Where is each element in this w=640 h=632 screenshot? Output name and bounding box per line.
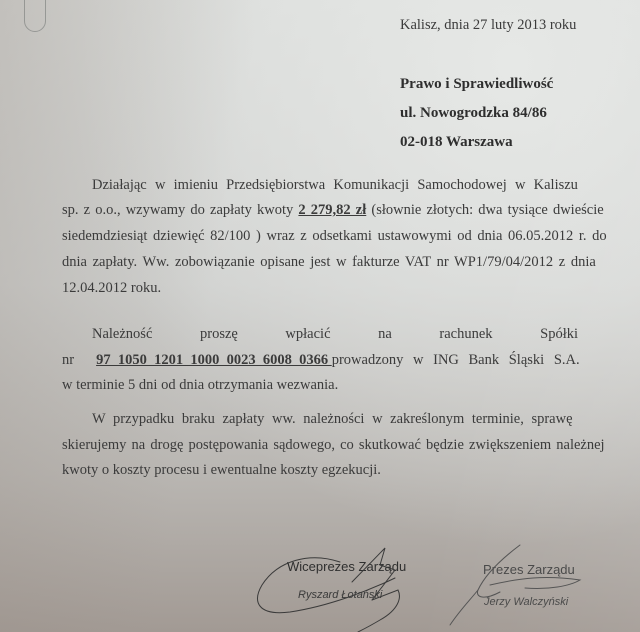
word: Komunikacji <box>333 178 409 193</box>
paragraph3-line1: W przypadku braku zapłaty ww. należności… <box>62 412 578 427</box>
bank-account-number: 97 1050 1201 1000 0023 6008 0366 <box>96 353 332 368</box>
president-signature-icon <box>450 545 580 625</box>
handwritten-signatures <box>0 0 640 632</box>
paragraph1-line3: siedemdziesiąt dziewięć 82/100 ) wraz z … <box>62 229 578 244</box>
paragraph2-line1: Należność proszę wpłacić na rachunek Spó… <box>62 327 578 342</box>
word: Należność <box>92 327 152 342</box>
word: proszę <box>200 327 238 342</box>
amount-due: 2 279,82 zł <box>298 203 366 218</box>
word: Spółki <box>540 327 578 342</box>
word: w <box>515 178 525 193</box>
text-segment: (słownie złotych: dwa tysiące dwieście <box>366 203 603 218</box>
recipient-street: ul. Nowogrodzka 84/86 <box>400 106 547 121</box>
word: imieniu <box>174 178 218 193</box>
paperclip-icon <box>24 0 46 32</box>
recipient-city: 02-018 Warszawa <box>400 135 513 150</box>
word: Przedsiębiorstwa <box>226 178 325 193</box>
word: Samochodowej <box>417 178 506 193</box>
paragraph3-line2: skierujemy na drogę postępowania sądoweg… <box>62 438 578 453</box>
paragraph1-line5: 12.04.2012 roku. <box>62 281 578 296</box>
word: na <box>378 327 392 342</box>
paragraph2-line3: w terminie 5 dni od dnia otrzymania wezw… <box>62 378 578 393</box>
president-name: Jerzy Walczyński <box>484 596 568 608</box>
word: Działając <box>92 178 147 193</box>
word: w <box>155 178 165 193</box>
word: Kaliszu <box>534 178 578 193</box>
paragraph1-line1: Działając w imieniu Przedsiębiorstwa Kom… <box>62 178 578 193</box>
paragraph2-line2: nr 97 1050 1201 1000 0023 6008 0366 prow… <box>62 353 578 368</box>
word: rachunek <box>439 327 492 342</box>
vice-president-title: Wiceprezes Zarządu <box>287 559 406 574</box>
paragraph3-line3: kwoty o koszty procesu i ewentualne kosz… <box>62 463 578 478</box>
text-segment: sp. z o.o., wzywamy do zapłaty kwoty <box>62 203 298 218</box>
vice-president-name: Ryszard Łotański <box>298 589 382 601</box>
text-segment: nr <box>62 353 74 368</box>
letter-page: Kalisz, dnia 27 luty 2013 roku Prawo i S… <box>0 0 640 632</box>
text-segment: prowadzony w ING Bank Śląski S.A. <box>332 353 580 368</box>
paragraph1-line2: sp. z o.o., wzywamy do zapłaty kwoty 2 2… <box>62 203 578 218</box>
recipient-name: Prawo i Sprawiedliwość <box>400 77 553 92</box>
president-title: Prezes Zarządu <box>483 562 575 577</box>
word: wpłacić <box>285 327 330 342</box>
paragraph1-line4: dnia zapłaty. Ww. zobowiązanie opisane j… <box>62 255 578 270</box>
date-line: Kalisz, dnia 27 luty 2013 roku <box>400 18 576 33</box>
